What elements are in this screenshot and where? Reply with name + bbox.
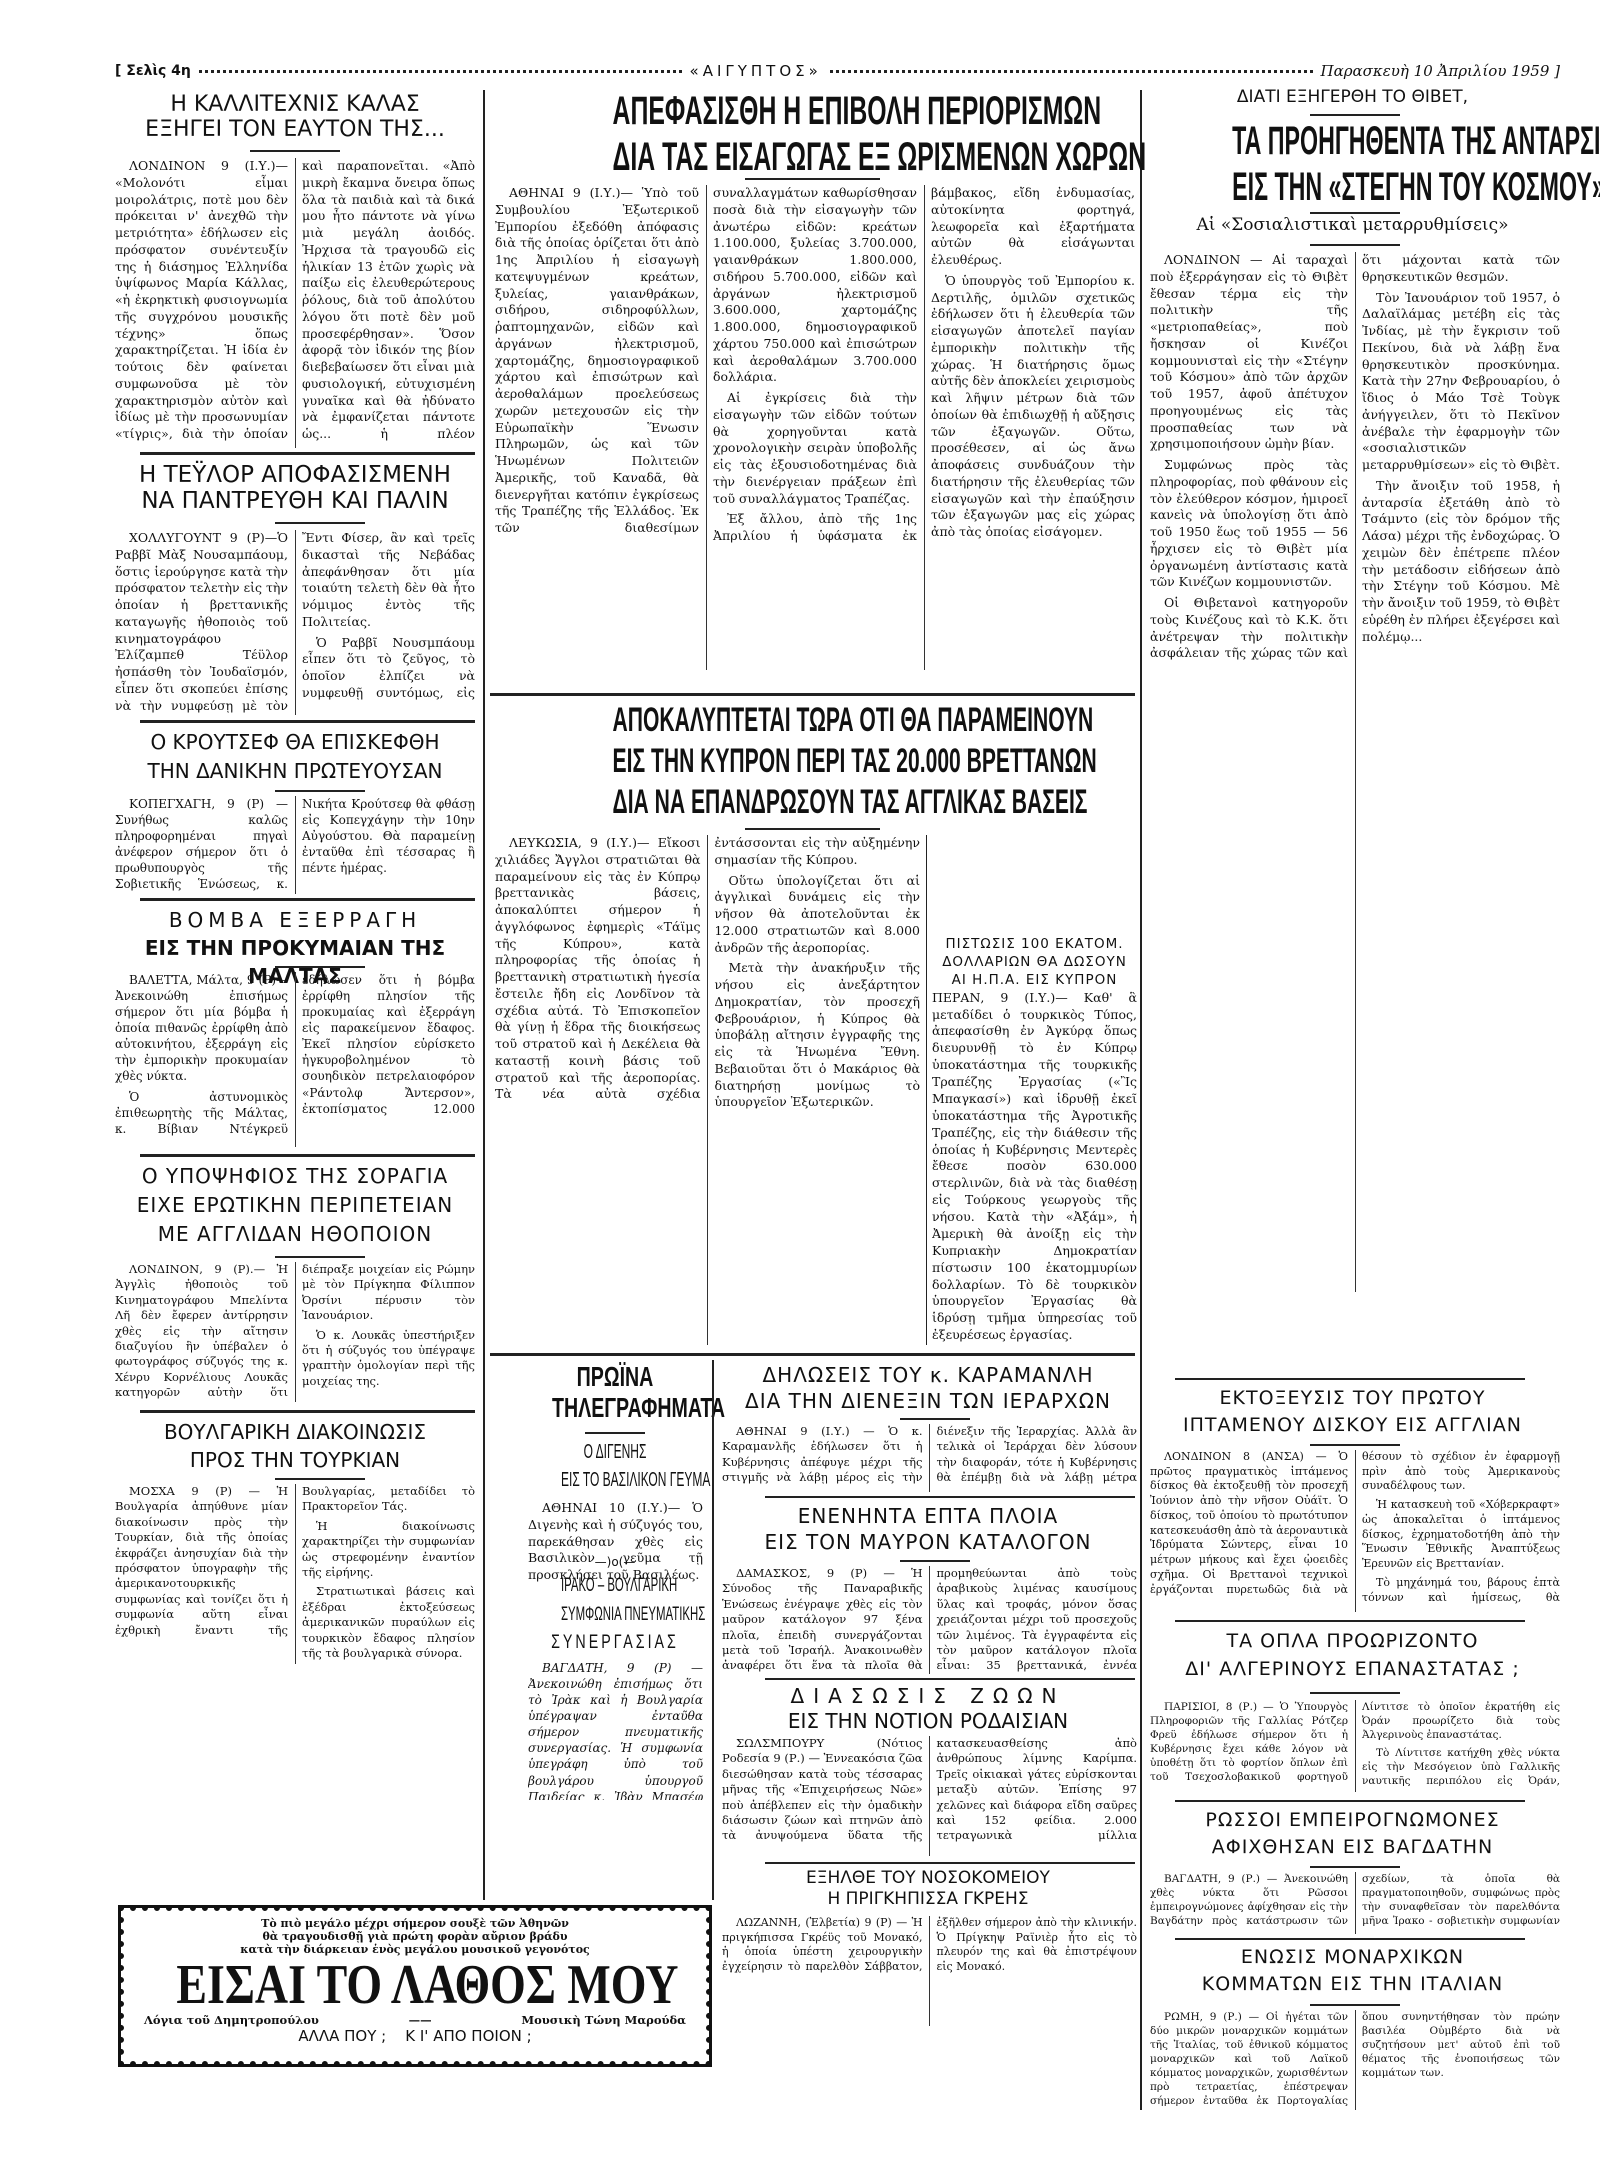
paragraph: ΛΩΖΑΝΝΗ, (Ἑλβετία) 9 (Ρ) — Ἡ πριγκήπισσα… <box>722 1916 1137 1977</box>
headline: Η ΚΑΛΛΙΤΕΧΝΙΣ ΚΑΛΑΣ ΕΞΗΓΕΙ ΤΟΝ ΕΑΥΤΟΝ ΤΗ… <box>115 92 475 143</box>
headline-line: ΑΠΟΚΑΛΥΠΤΕΤΑΙ ΤΩΡΑ ΟΤΙ ΘΑ ΠΑΡΑΜΕΙΝΟΥΝ <box>613 700 1013 741</box>
ad-tagline: ΑΛΛΑ ΠΟΥ ; Κ Ι' ΑΠΟ ΠΟΙΟΝ ; <box>124 2027 706 2045</box>
divider <box>1310 1444 1400 1446</box>
divider <box>1310 244 1400 246</box>
page-number: [ Σελὶς 4η <box>115 63 191 79</box>
ad-intro: Τὸ πιὸ μεγάλο μέχρι σήμερον σουξὲ τῶν Ἀθ… <box>124 1917 706 1957</box>
paragraph: ΣΩΛΣΜΠΟΥΡΥ (Νότιος Ροδεσία 9 (Ρ.) — Ἐννε… <box>722 1736 1137 1856</box>
headline-line: ΙΠΤΑΜΕΝΟΥ ΔΙΣΚΟΥ ΕΙΣ ΑΓΓΛΙΑΝ <box>1145 1412 1560 1439</box>
headline: ΑΠΕΦΑΣΙΣΘΗ Η ΕΠΙΒΟΛΗ ΠΕΡΙΟΡΙΣΜΩΝ ΔΙΑ ΤΑΣ… <box>490 88 1135 180</box>
deck: Αἱ «Σοσιαλιστικαὶ μεταρρυθμίσεις» <box>1145 216 1560 236</box>
column-rule <box>926 835 927 1345</box>
article-body: ΒΑΛΕΤΤΑ, Μάλτα, 9 (Ρ)—Ἀνεκοινώθη ἐπισήμω… <box>115 972 475 1147</box>
dotted-rule <box>199 70 682 73</box>
headline: ΒΟΥΛΓΑΡΙΚΗ ΔΙΑΚΟΙΝΩΣΙΣ ΠΡΟΣ ΤΗΝ ΤΟΥΡΚΙΑΝ <box>115 1418 475 1474</box>
divider <box>1310 212 1400 214</box>
section-rule <box>1175 1620 1525 1622</box>
headline-line: ΕΝΩΣΙΣ ΜΟΝΑΡΧΙΚΩΝ <box>1145 1944 1560 1971</box>
headline-line: ΔΙΑ ΝΑ ΕΠΑΝΔΡΩΣΟΥΝ ΤΑΣ ΑΓΓΛΙΚΑΣ ΒΑΣΕΙΣ <box>613 782 1013 823</box>
divider <box>1310 1866 1400 1868</box>
subhead-line: ΠΙΣΤΩΣΙΣ 100 ΕΚΑΤΟΜ. <box>932 935 1137 953</box>
divider <box>900 1560 970 1562</box>
headline-line: Η ΠΡΙΓΚΗΠΙΣΣΑ ΓΚΡΕΗΣ <box>718 1889 1138 1910</box>
headline-line: ΔΗΛΩΣΕΙΣ ΤΟΥ κ. ΚΑΡΑΜΑΝΛΗ <box>718 1362 1138 1388</box>
headline: ΤΑ ΟΠΛΑ ΠΡΟΩΡΙΖΟΝΤΟ ΔΙ' ΑΛΓΕΡΙΝΟΥΣ ΕΠΑΝΑ… <box>1145 1628 1560 1683</box>
headline: ΑΠΟΚΑΛΥΠΤΕΤΑΙ ΤΩΡΑ ΟΤΙ ΘΑ ΠΑΡΑΜΕΙΝΟΥΝ ΕΙ… <box>490 700 1135 822</box>
masthead: [ Σελὶς 4η «ΑΙΓΥΠΤΟΣ» Παρασκευὴ 10 Ἀπριλ… <box>115 60 1560 82</box>
headline-line: ΕΚΤΟΞΕΥΣΙΣ ΤΟΥ ΠΡΩΤΟΥ <box>1145 1385 1560 1412</box>
separator: —)ο(— <box>525 1555 705 1569</box>
paragraph: ΚΟΠΕΓΧΑΓΗ, 9 (Ρ) — Συνήθως καλῶς πληροφο… <box>115 796 475 894</box>
divider <box>275 966 365 968</box>
article-body: ΛΟΝΔΙΝΟΝ 9 (Ι.Υ.)— «Μολονότι εἶμαι μοιρο… <box>115 158 475 448</box>
article-body: ΔΑΜΑΣΚΟΣ, 9 (Ρ) — Ἡ Σύνοδος τῆς Παναραβι… <box>722 1566 1137 1674</box>
ad-intro-line: Τὸ πιὸ μεγάλο μέχρι σήμερον σουξὲ τῶν Ἀθ… <box>124 1917 706 1930</box>
article-body: ΛΩΖΑΝΝΗ, (Ἑλβετία) 9 (Ρ) — Ἡ πριγκήπισσα… <box>722 1916 1137 2026</box>
paragraph: ΔΑΜΑΣΚΟΣ, 9 (Ρ) — Ἡ Σύνοδος τῆς Παναραβι… <box>722 1566 1137 1674</box>
article-body: ΛΟΝΔΙΝΟΝ — Αἱ ταραχαὶ ποὺ ἐξερράγησαν εἰ… <box>1150 252 1560 1292</box>
headline-line: ΕΞΗΛΘΕ ΤΟΥ ΝΟΣΟΚΟΜΕΙΟΥ <box>718 1868 1138 1889</box>
section-rule <box>140 898 475 901</box>
headline-line: ΔΙΑΣΩΣΙΣ ΖΩΩΝ <box>718 1684 1138 1709</box>
article-body: ΛΕΥΚΩΣΙΑ, 9 (Ι.Υ.)— Εἴκοσι χιλιάδες Ἄγγλ… <box>495 835 920 1345</box>
divider <box>745 178 880 180</box>
headline: ΔΗΛΩΣΕΙΣ ΤΟΥ κ. ΚΑΡΑΜΑΝΛΗ ΔΙΑ ΤΗΝ ΔΙΕΝΕΞ… <box>718 1362 1138 1414</box>
headline-line: ΜΕ ΑΓΓΛΙΔΑΝ ΗΘΟΠΟΙΟΝ <box>115 1220 475 1249</box>
section-rule <box>1175 1378 1525 1380</box>
headline-line: ΔΙΑ ΤΗΝ ΔΙΕΝΕΞΙΝ ΤΩΝ ΙΕΡΑΡΧΩΝ <box>718 1388 1138 1414</box>
headline: ΕΝΕΝΗΝΤΑ ΕΠΤΑ ΠΛΟΙΑ ΕΙΣ ΤΟΝ ΜΑΥΡΟΝ ΚΑΤΑΛ… <box>718 1503 1138 1555</box>
section-rule <box>140 452 475 455</box>
article-body: ΡΩΜΗ, 9 (Ρ.) — Οἱ ἡγέται τῶν δύο μικρῶν … <box>1150 2010 1560 2110</box>
paragraph: ΠΕΡΑΝ, 9 (Ι.Υ.)— Καθ' ἃ μεταδίδει ὁ τουρ… <box>932 990 1137 1344</box>
section-rule <box>140 1154 475 1157</box>
divider <box>275 790 365 792</box>
item-body: ΒΑΓΔΑΤΗ, 9 (Ρ) — Ἀνεκοινώθη ἐπισήμως ὅτι… <box>528 1660 703 1800</box>
headline: ΤΑ ΠΡΟΗΓΗΘΕΝΤΑ ΤΗΣ ΑΝΤΑΡΣΙΑΣ ΕΙΣ ΤΗΝ «ΣΤ… <box>1145 118 1560 210</box>
headline-line: ΣΥΜΦΩΝΙΑ ΠΝΕΥΜΑΤΙΚΗΣ <box>561 1601 669 1630</box>
headline-line: ΕΙΣ ΤΗΝ ΚΥΠΡΟΝ ΠΕΡΙ ΤΑΣ 20.000 ΒΡΕΤΤΑΝΩΝ <box>613 741 1013 782</box>
divider <box>585 1432 645 1434</box>
paragraph: ΒΑΓΔΑΤΗ, 9 (Ρ.) — Ἀνεκοινώθη χθὲς νύκτα … <box>1150 1872 1560 1934</box>
divider <box>275 522 365 524</box>
subhead-line: ΑΙ Η.Π.Α. ΕΙΣ ΚΥΠΡΟΝ <box>932 971 1137 989</box>
section-rule <box>765 1496 1135 1498</box>
headline: Η ΤΕΫΛΟΡ ΑΠΟΦΑΣΙΣΜΕΝΗ ΝΑ ΠΑΝΤΡΕΥΘΗ ΚΑΙ Π… <box>115 462 475 515</box>
section-rule <box>490 1353 1135 1356</box>
article-body: ΜΟΣΧΑ 9 (Ρ) — Ἡ Βουλγαρία ἀπηύθυνε μίαν … <box>115 1484 475 1664</box>
headline-line: ΤΑ ΟΠΛΑ ΠΡΟΩΡΙΖΟΝΤΟ <box>1145 1628 1560 1656</box>
column-rule <box>1140 90 1142 2110</box>
headline: Ο ΚΡΟΥΤΣΕΦ ΘΑ ΕΠΙΣΚΕΦΘΗ ΤΗΝ ΔΑΝΙΚΗΝ ΠΡΩΤ… <box>115 728 475 786</box>
article-body: ΒΑΓΔΑΤΗ, 9 (Ρ.) — Ἀνεκοινώθη χθὲς νύκτα … <box>1150 1872 1560 1934</box>
paragraph: Ὁ κ. Λουκᾶς ὑπεστήριξεν ὅτι ἡ σύζυγός το… <box>302 1328 475 1390</box>
headline-line: ΕΙΧΕ ΕΡΩΤΙΚΗΝ ΠΕΡΙΠΕΤΕΙΑΝ <box>115 1191 475 1220</box>
article-body: ΛΟΝΔΙΝΟΝ 8 (ΑΝΣΑ) — Ὁ πρῶτος πραγματικὸς… <box>1150 1450 1560 1612</box>
headline-line: ΔΙ' ΑΛΓΕΡΙΝΟΥΣ ΕΠΑΝΑΣΤΑΤΑΣ ; <box>1145 1656 1560 1684</box>
subhead-line: ΔΟΛΛΑΡΙΩΝ ΘΑ ΔΩΣΟΥΝ <box>932 953 1137 971</box>
article-body: ΚΟΠΕΓΧΑΓΗ, 9 (Ρ) — Συνήθως καλῶς πληροφο… <box>115 796 475 894</box>
headline-line: ΕΝΕΝΗΝΤΑ ΕΠΤΑ ΠΛΟΙΑ <box>718 1503 1138 1529</box>
paragraph: Αἱ ἐγκρίσεις διὰ τὴν εἰσαγωγὴν τῶν εἰδῶν… <box>713 390 917 507</box>
headline-line: ΠΡΩΪΝΑ <box>552 1362 678 1393</box>
section-rule <box>490 693 1135 696</box>
ad-intro-line: θὰ τραγουδισθῇ γιὰ πρώτη φορὰν αὔριον βρ… <box>124 1930 706 1943</box>
headline-line: Ο ΥΠΟΨΗΦΙΟΣ ΤΗΣ ΣΟΡΑΓΙΑ <box>115 1162 475 1191</box>
song-advertisement: Τὸ πιὸ μεγάλο μέχρι σήμερον σουξὲ τῶν Ἀθ… <box>118 1905 712 2067</box>
headline-line: ΠΡΟΣ ΤΗΝ ΤΟΥΡΚΙΑΝ <box>115 1446 475 1474</box>
article-body: ΑΘΗΝΑΙ 9 (Ι.Υ.) — Ὁ κ. Καραμανλῆς ἐδήλωσ… <box>722 1424 1137 1492</box>
subhead: ΠΙΣΤΩΣΙΣ 100 ΕΚΑΤΟΜ. ΔΟΛΛΑΡΙΩΝ ΘΑ ΔΩΣΟΥΝ… <box>932 935 1137 990</box>
paragraph: Συμφώνως πρὸς τὰς πληροφορίας, ποὺ φθάνο… <box>1150 457 1348 591</box>
headline-line: Η ΚΑΛΛΙΤΕΧΝΙΣ ΚΑΛΑΣ <box>115 92 475 117</box>
paragraph: ΒΑΓΔΑΤΗ, 9 (Ρ) — Ἀνεκοινώθη ἐπισήμως ὅτι… <box>528 1660 703 1800</box>
article-body: ΠΑΡΙΣΙΟΙ, 8 (Ρ.) — Ὁ Ὑπουργὸς Πληροφοριῶ… <box>1150 1700 1560 1792</box>
paragraph: Ἡ κατασκευὴ τοῦ «Χόβερκραφτ» ὡς ἀποκαλεῖ… <box>1362 1498 1560 1572</box>
headline-line: ΕΙΣ ΤΗΝ ΝΟΤΙΟΝ ΡΟΔΑΙΣΙΑΝ <box>718 1709 1138 1734</box>
headline-line: ΔΙΑ ΤΑΣ ΕΙΣΑΓΩΓΑΣ ΕΞ ΩΡΙΣΜΕΝΩΝ ΧΩΡΩΝ <box>613 134 1013 180</box>
divider <box>900 1418 970 1420</box>
dotted-rule <box>830 70 1313 73</box>
sub-article-credit: ΠΙΣΤΩΣΙΣ 100 ΕΚΑΤΟΜ. ΔΟΛΛΑΡΙΩΝ ΘΑ ΔΩΣΟΥΝ… <box>932 835 1137 1345</box>
paragraph: ΛΟΝΔΙΝΟΝ 9 (Ι.Υ.)— «Μολονότι εἶμαι μοιρο… <box>115 158 475 448</box>
section-rule <box>140 1410 475 1413</box>
headline-line: ΕΞΗΓΕΙ ΤΟΝ ΕΑΥΤΟΝ ΤΗΣ... <box>115 117 475 142</box>
paragraph: ΡΩΜΗ, 9 (Ρ.) — Οἱ ἡγέται τῶν δύο μικρῶν … <box>1150 2010 1560 2110</box>
section-rule <box>765 1862 1135 1864</box>
paragraph: ΑΘΗΝΑΙ 9 (Ι.Υ.) — Ὁ κ. Καραμανλῆς ἐδήλωσ… <box>722 1424 1137 1492</box>
section-rule <box>140 720 475 723</box>
item-headline: Ο ΔΙΓΕΝΗΣ ΕΙΣ ΤΟ ΒΑΣΙΛΙΚΟΝ ΓΕΥΜΑ <box>525 1438 705 1494</box>
headline-line: ΚΟΜΜΑΤΩΝ ΕΙΣ ΤΗΝ ΙΤΑΛΙΑΝ <box>1145 1971 1560 1998</box>
paragraph: Ὁ ὑπουργὸς τοῦ Ἐμπορίου κ. Δερτιλῆς, ὁμι… <box>931 273 1135 541</box>
headline-line: Ο ΔΙΓΕΝΗΣ <box>561 1438 669 1466</box>
column-rule <box>712 1360 714 1900</box>
headline: ΕΝΩΣΙΣ ΜΟΝΑΡΧΙΚΩΝ ΚΟΜΜΑΤΩΝ ΕΙΣ ΤΗΝ ΙΤΑΛΙ… <box>1145 1944 1560 1997</box>
paragraph: Τὴν ἄνοιξιν τοῦ 1958, ἡ ἀνταρσία ἐξετάθη… <box>1362 478 1560 646</box>
headline: ΡΩΣΣΟΙ ΕΜΠΕΙΡΟΓΝΩΜΟΝΕΣ ΑΦΙΧΘΗΣΑΝ ΕΙΣ ΒΑΓ… <box>1145 1807 1560 1860</box>
kicker: ΔΙΑΤΙ ΕΞΗΓΕΡΘΗ ΤΟ ΘΙΒΕΤ, <box>1145 88 1560 108</box>
section-rule <box>1175 1800 1525 1802</box>
headline-line: ΤΗΛΕΓΡΑΦΗΜΑΤΑ <box>552 1393 678 1424</box>
headline-line: ΤΗΝ ΔΑΝΙΚΗΝ ΠΡΩΤΕΥΟΥΣΑΝ <box>115 757 475 786</box>
paragraph: Στρατιωτικαὶ βάσεις καὶ ἐξέδραι ἐκτοξεύσ… <box>302 1584 475 1661</box>
column-rule <box>483 90 485 1900</box>
headline-line: ΡΩΣΣΟΙ ΕΜΠΕΙΡΟΓΝΩΜΟΝΕΣ <box>1145 1807 1560 1834</box>
headline: ΔΙΑΣΩΣΙΣ ΖΩΩΝ ΕΙΣ ΤΗΝ ΝΟΤΙΟΝ ΡΟΔΑΙΣΙΑΝ <box>718 1684 1138 1734</box>
newspaper-name: «ΑΙΓΥΠΤΟΣ» <box>690 62 822 80</box>
paragraph: ΛΟΝΔΙΝΟΝ — Αἱ ταραχαὶ ποὺ ἐξερράγησαν εἰ… <box>1150 252 1348 453</box>
section-rule <box>765 1678 1135 1680</box>
ad-title: ΕΙΣΑΙ ΤΟ ΛΑΘΟΣ ΜΟΥ <box>176 1957 653 2013</box>
divider <box>250 150 340 152</box>
paragraph: ΒΑΛΕΤΤΑ, Μάλτα, 9 (Ρ)—Ἀνεκοινώθη ἐπισήμω… <box>115 972 288 1085</box>
divider <box>745 828 880 830</box>
headline-line: ΑΦΙΧΘΗΣΑΝ ΕΙΣ ΒΑΓΔΑΤΗΝ <box>1145 1834 1560 1861</box>
paragraph: Τὸν Ἰανουάριον τοῦ 1957, ὁ Δαλαϊλάμας με… <box>1362 290 1560 474</box>
headline-line: ΒΟΥΛΓΑΡΙΚΗ ΔΙΑΚΟΙΝΩΣΙΣ <box>115 1418 475 1446</box>
headline: ΠΡΩΪΝΑ ΤΗΛΕΓΡΑΦΗΜΑΤΑ <box>525 1362 705 1424</box>
article-body: ΑΘΗΝΑΙ 9 (Ι.Υ.)— Ὑπὸ τοῦ Συμβουλίου Ἐξωτ… <box>495 185 1135 670</box>
headline-line: Η ΤΕΫΛΟΡ ΑΠΟΦΑΣΙΣΜΕΝΗ <box>115 462 475 488</box>
headline-line: ΣΥΝΕΡΓΑΣΙΑΣ <box>548 1629 683 1658</box>
headline: ΕΚΤΟΞΕΥΣΙΣ ΤΟΥ ΠΡΩΤΟΥ ΙΠΤΑΜΕΝΟΥ ΔΙΣΚΟΥ Ε… <box>1145 1385 1560 1438</box>
section-rule <box>1175 1938 1525 1940</box>
headline-line: Ο ΚΡΟΥΤΣΕΦ ΘΑ ΕΠΙΣΚΕΦΘΗ <box>115 728 475 757</box>
article-body: ΣΩΛΣΜΠΟΥΡΥ (Νότιος Ροδεσία 9 (Ρ.) — Ἐννε… <box>722 1736 1137 1856</box>
headline-line: ΙΡΑΚΟ – ΒΟΥΛΓΑΡΙΚΗ <box>561 1572 669 1601</box>
headline-line: ΒΟΜΒΑ ΕΞΕΡΡΑΓΗ <box>115 906 475 934</box>
headline-line: ΕΙΣ ΤΟΝ ΜΑΥΡΟΝ ΚΑΤΑΛΟΓΟΝ <box>718 1529 1138 1555</box>
headline-line: ΑΠΕΦΑΣΙΣΘΗ Η ΕΠΙΒΟΛΗ ΠΕΡΙΟΡΙΣΜΩΝ <box>613 88 1013 134</box>
article-body: ΧΟΛΛΥΓΟΥΝΤ 9 (Ρ)—Ὁ Ραββῖ Μὰξ Νουσαμπάουμ… <box>115 530 475 715</box>
paragraph: Μετὰ τὴν ἀνακήρυξιν τῆς νήσου εἰς ἀνεξάρ… <box>715 960 921 1111</box>
article-body: ΛΟΝΔΙΝΟΝ, 9 (Ρ).— Ἡ Ἀγγλὶς ἠθοποιὸς τοῦ … <box>115 1262 475 1402</box>
headline: ΕΞΗΛΘΕ ΤΟΥ ΝΟΣΟΚΟΜΕΙΟΥ Η ΠΡΙΓΚΗΠΙΣΣΑ ΓΚΡ… <box>718 1868 1138 1911</box>
headline-line: ΕΙΣ ΤΟ ΒΑΣΙΛΙΚΟΝ ΓΕΥΜΑ <box>561 1466 669 1494</box>
divider <box>275 1256 365 1258</box>
divider <box>1310 2004 1400 2006</box>
headline-line: ΤΑ ΠΡΟΗΓΗΘΕΝΤΑ ΤΗΣ ΑΝΤΑΡΣΙΑΣ <box>1232 118 1473 164</box>
divider <box>1310 114 1400 116</box>
issue-date: Παρασκευὴ 10 Ἀπριλίου 1959 ] <box>1321 62 1561 80</box>
item-headline: ΙΡΑΚΟ – ΒΟΥΛΓΑΡΙΚΗ ΣΥΜΦΩΝΙΑ ΠΝΕΥΜΑΤΙΚΗΣ … <box>525 1572 705 1658</box>
headline-line: ΝΑ ΠΑΝΤΡΕΥΘΗ ΚΑΙ ΠΑΛΙΝ <box>115 488 475 514</box>
headline-line: ΕΙΣ ΤΗΝ «ΣΤΕΓΗΝ ΤΟΥ ΚΟΣΜΟΥ» <box>1232 164 1473 210</box>
headline: Ο ΥΠΟΨΗΦΙΟΣ ΤΗΣ ΣΟΡΑΓΙΑ ΕΙΧΕ ΕΡΩΤΙΚΗΝ ΠΕ… <box>115 1162 475 1249</box>
divider <box>275 1478 365 1480</box>
paragraph: Ἡ διακοίνωσις χαρακτηρίζει τὴν συμφωνίαν… <box>302 1519 475 1581</box>
divider <box>1310 1692 1400 1694</box>
paragraph: Οὕτω ὑπολογίζεται ὅτι αἱ ἀγγλικαὶ δυνάμε… <box>715 873 921 957</box>
